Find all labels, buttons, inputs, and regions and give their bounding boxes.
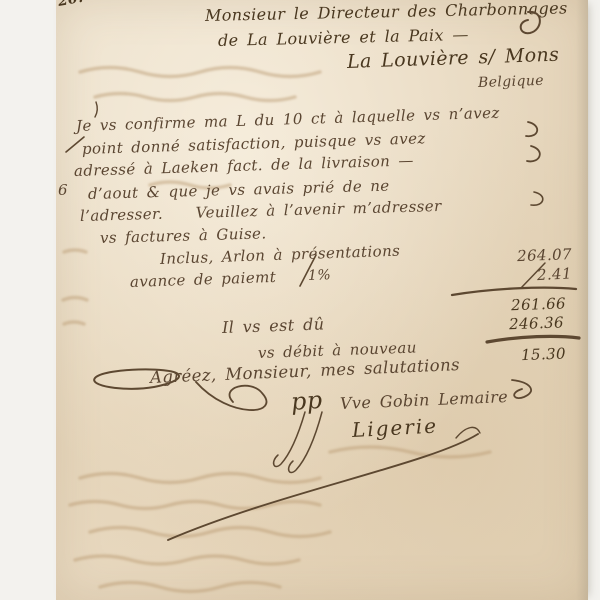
country-line: Belgique	[478, 73, 544, 91]
account-inclus-amount: 264.07	[492, 245, 573, 266]
account-due-label: Il vs est dû	[222, 314, 325, 337]
account-avance-amount: 2.41	[502, 264, 573, 286]
letter-scan: 20. Monsieur le Directeur des Charbonnag…	[0, 0, 600, 600]
margin-mark: 6	[58, 181, 68, 199]
place-line: La Louvière s/ Mons	[347, 44, 560, 73]
account-subtotal: 261.66	[490, 294, 567, 315]
ink-layer: 20. Monsieur le Directeur des Charbonnag…	[0, 0, 600, 600]
corner-number-note: 20.	[57, 0, 85, 10]
account-avance-label: avance de paiemt	[130, 268, 277, 291]
account-due-amount: 246.36	[488, 313, 565, 334]
body-line: Je vs confirme ma L du 10 ct à laquelle …	[76, 104, 500, 135]
addressee-line-2: de La Louvière et la Paix —	[218, 25, 469, 50]
account-inclus-label: Inclus, Arlon à présentations	[160, 242, 401, 268]
account-balance-amount: 15.30	[496, 345, 567, 365]
account-avance-rate: 1%	[308, 267, 332, 284]
addressee-line-1: Monsieur le Directeur des Charbonnages	[205, 0, 568, 25]
body-line: vs factures à Guise.	[100, 224, 267, 247]
signature: Ligerie	[351, 414, 438, 442]
firm-name: Vve Gobin Lemaire	[340, 387, 509, 413]
pp-mark: pp	[290, 386, 323, 416]
